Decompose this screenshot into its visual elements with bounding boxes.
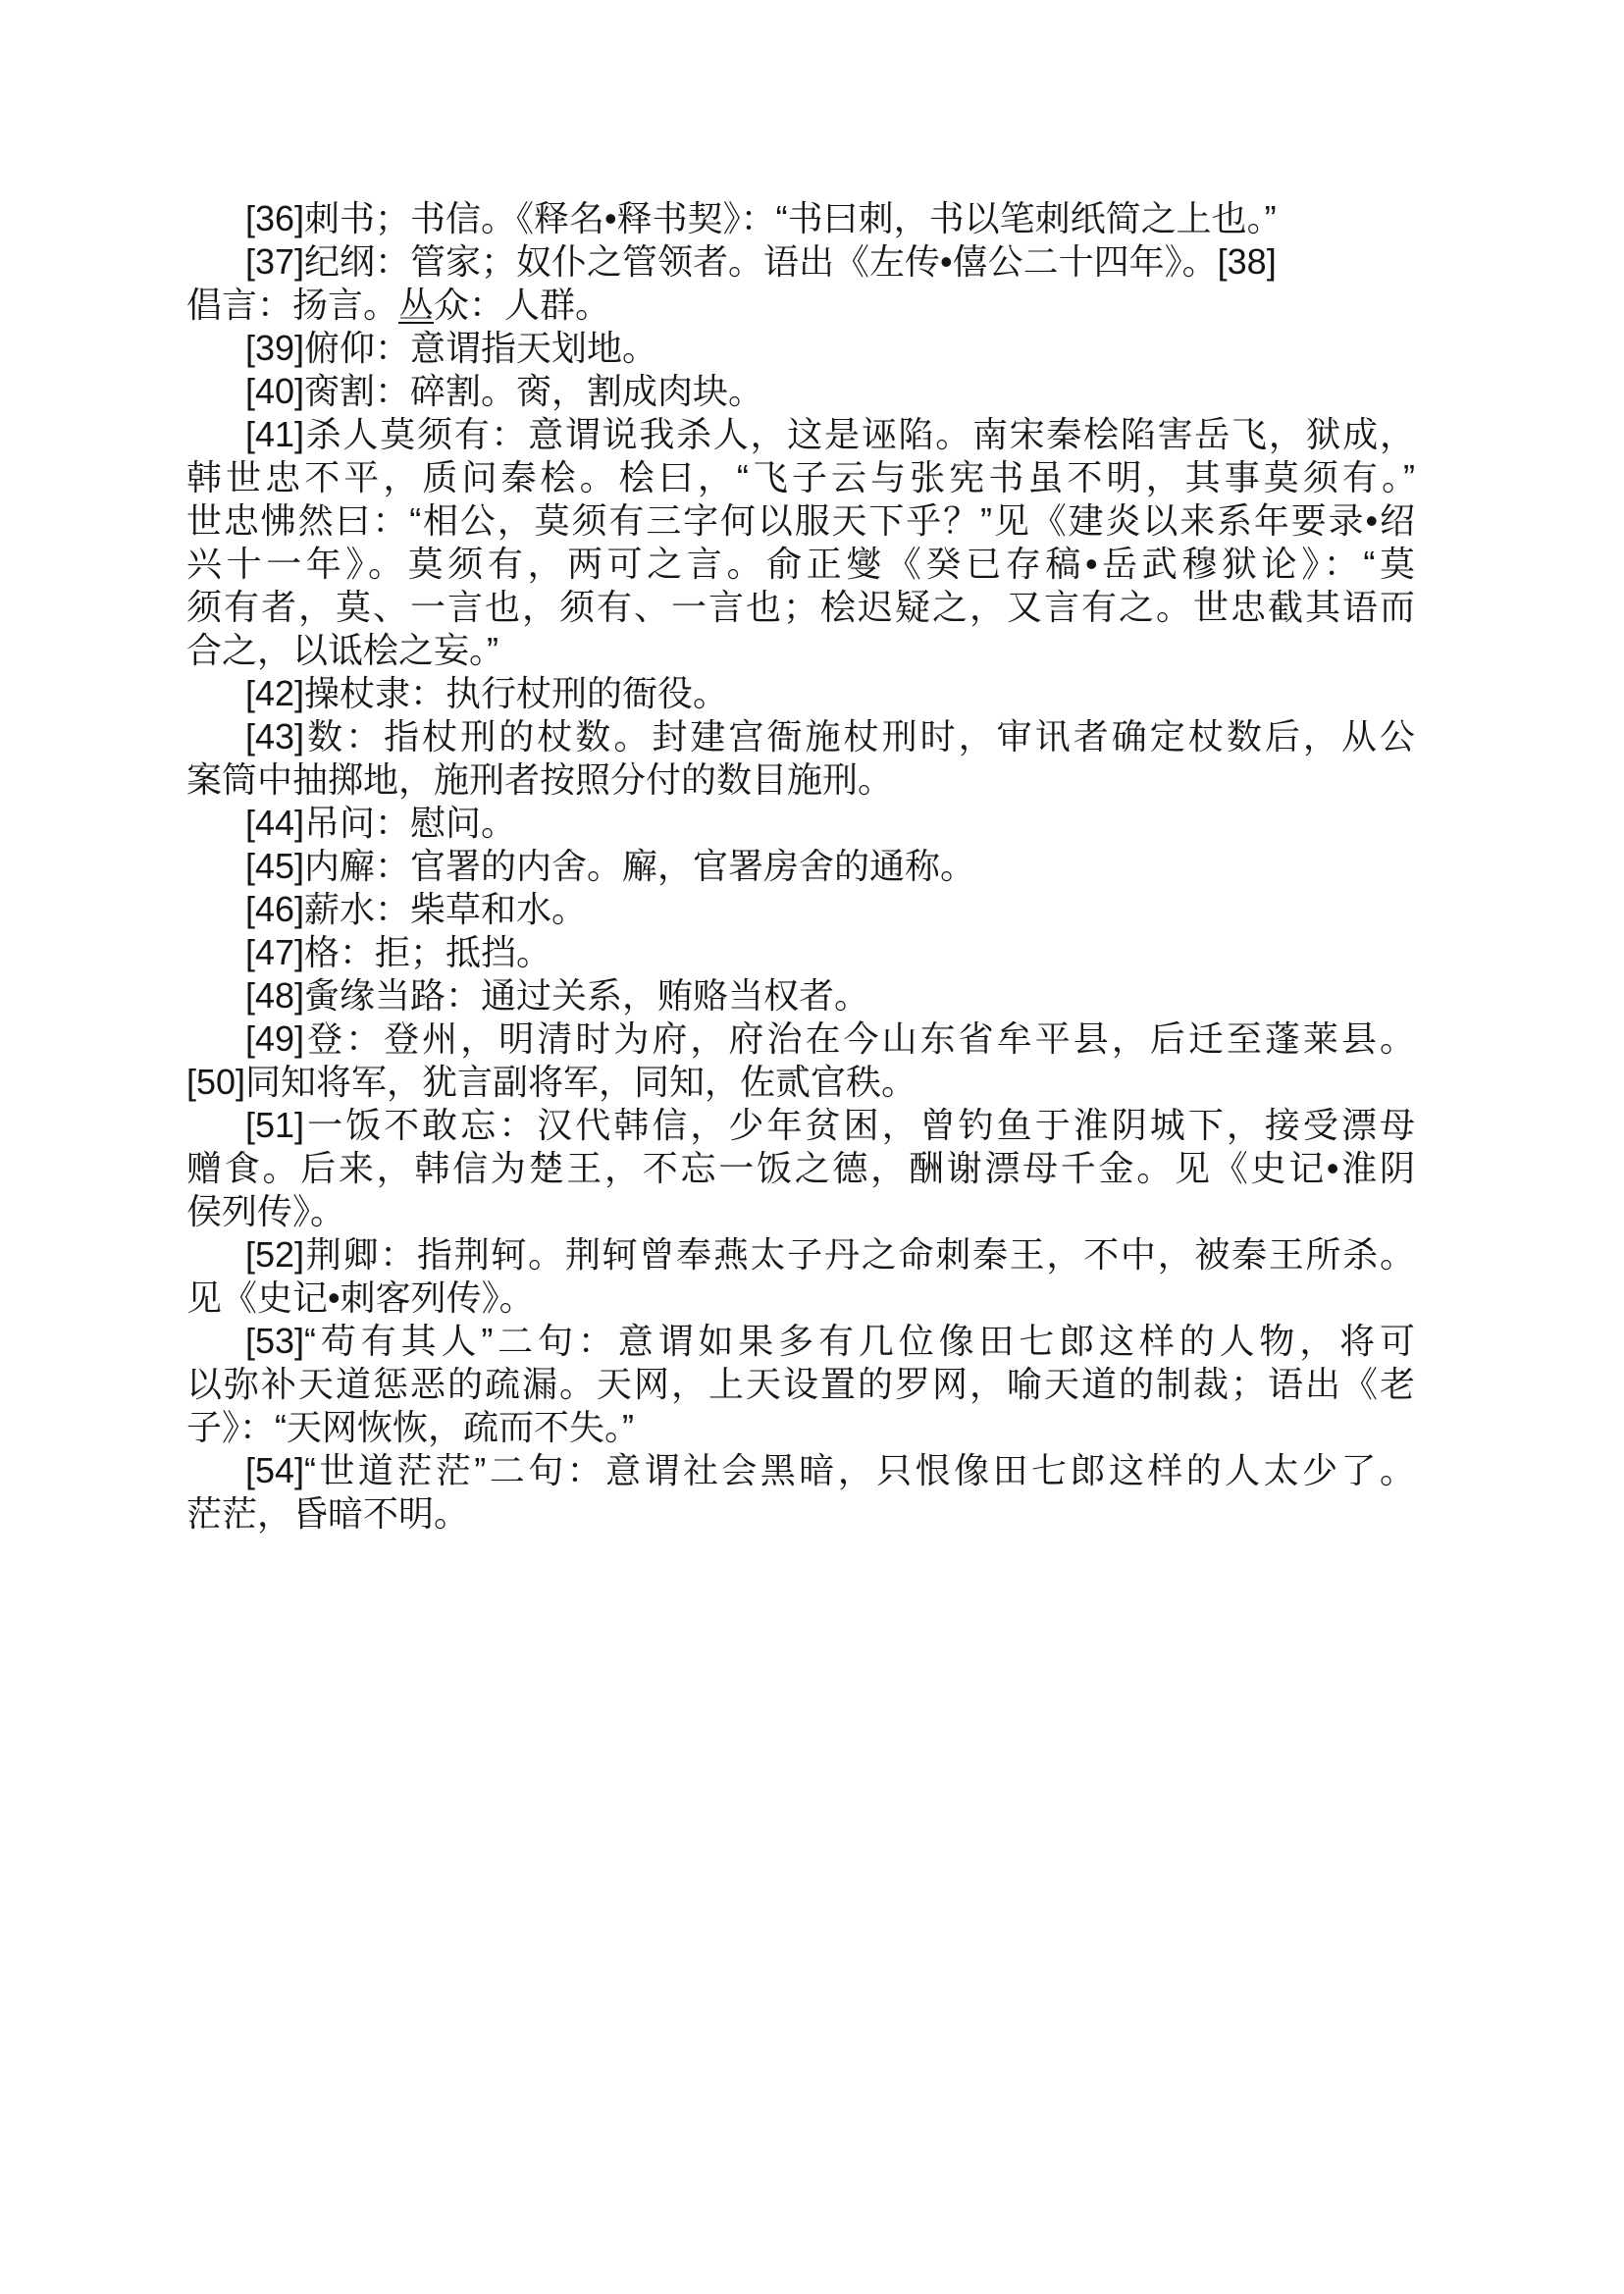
note-line: [42]操杖隶：执行杖刑的衙役。	[186, 672, 1415, 715]
text-segment: [47]格：拒；抵挡。	[245, 932, 551, 972]
note-line: 须有者，莫、一言也，须有、一言也；桧迟疑之，又言有之。世忠截其语而	[186, 586, 1415, 629]
text-segment: [43]数：指杖刑的杖数。封建宫衙施杖刑时，审讯者确定杖数后，从公	[245, 716, 1415, 756]
note-line: [52]荆卿：指荆轲。荆轲曾奉燕太子丹之命刺秦王，不中，被秦王所杀。	[186, 1233, 1415, 1277]
note-line: [47]格：拒；抵挡。	[186, 931, 1415, 974]
note-line: [48]夤缘当路：通过关系，贿赂当权者。	[186, 974, 1415, 1017]
note-line: 赠食。后来，韩信为楚王，不忘一饭之德，酬谢漂母千金。见《史记•淮阴	[186, 1147, 1415, 1190]
text-segment: 众：人群。	[434, 285, 610, 325]
note-line: [36]刺书；书信。《释名•释书契》：“书曰刺，书以笔刺纸简之上也。”	[186, 197, 1415, 240]
note-line: 倡言：扬言。丛众：人群。	[186, 284, 1415, 327]
document-page: [36]刺书；书信。《释名•释书契》：“书曰刺，书以笔刺纸简之上也。”[37]纪…	[0, 0, 1624, 2294]
note-line: [49]登：登州，明清时为府，府治在今山东省牟平县，后迁至蓬莱县。	[186, 1017, 1415, 1061]
note-line: [37]纪纲：管家；奴仆之管领者。语出《左传•僖公二十四年》。[38]	[186, 240, 1415, 284]
note-line: 韩世忠不平，质问秦桧。桧曰，“飞子云与张宪书虽不明，其事莫须有。”	[186, 456, 1415, 499]
note-line: 世忠怫然曰：“相公，莫须有三字何以服天下乎？”见《建炎以来系年要录•绍	[186, 499, 1415, 543]
note-line: 兴十一年》。莫须有，两可之言。俞正燮《癸已存稿•岳武穆狱论》：“莫	[186, 543, 1415, 586]
text-segment: 赠食。后来，韩信为楚王，不忘一饭之德，酬谢漂母千金。见《史记•淮阴	[186, 1148, 1415, 1188]
text-segment: 兴十一年》。莫须有，两可之言。俞正燮《癸已存稿•岳武穆狱论》：“莫	[186, 544, 1415, 584]
note-line: [43]数：指杖刑的杖数。封建宫衙施杖刑时，审讯者确定杖数后，从公	[186, 715, 1415, 758]
text-segment: [48]夤缘当路：通过关系，贿赂当权者。	[245, 975, 869, 1016]
text-segment: [37]纪纲：管家；奴仆之管领者。语出《左传•僖公二十四年》。[38]	[245, 241, 1277, 282]
note-line: [44]吊问：慰问。	[186, 802, 1415, 845]
note-line: 见《史记•刺客列传》。	[186, 1277, 1415, 1320]
text-segment: [46]薪水：柴草和水。	[245, 889, 587, 929]
text-segment: [54]“世道茫茫”二句：意谓社会黑暗，只恨像田七郎这样的人太少了。	[245, 1450, 1415, 1490]
text-segment: 子》：“天网恢恢，疏而不失。”	[186, 1407, 634, 1447]
text-segment: [49]登：登州，明清时为府，府治在今山东省牟平县，后迁至蓬莱县。	[245, 1018, 1415, 1059]
note-line: [53]“苟有其人”二句：意谓如果多有几位像田七郎这样的人物，将可	[186, 1320, 1415, 1363]
note-line: 子》：“天网恢恢，疏而不失。”	[186, 1406, 1415, 1449]
note-line: [50]同知将军，犹言副将军，同知，佐贰官秩。	[186, 1061, 1415, 1104]
text-segment: 以弥补天道惩恶的疏漏。天网，上天设置的罗网，喻天道的制裁；语出《老	[186, 1364, 1415, 1404]
text-segment: [40]脔割：碎割。脔，割成肉块。	[245, 371, 763, 411]
text-segment: 案筒中抽掷地，施刑者按照分付的数目施刑。	[186, 759, 893, 800]
annotations-text-block: [36]刺书；书信。《释名•释书契》：“书曰刺，书以笔刺纸简之上也。”[37]纪…	[186, 197, 1415, 1536]
note-line: [41]杀人莫须有：意谓说我杀人，这是诬陷。南宋秦桧陷害岳飞，狱成，	[186, 413, 1415, 456]
note-line: [51]一饭不敢忘：汉代韩信，少年贫困，曾钓鱼于淮阴城下，接受漂母	[186, 1104, 1415, 1147]
note-line: 合之，以诋桧之妄。”	[186, 629, 1415, 672]
text-segment: 倡言：扬言。	[186, 285, 398, 325]
text-segment: [44]吊问：慰问。	[245, 803, 516, 843]
text-segment: 须有者，莫、一言也，须有、一言也；桧迟疑之，又言有之。世忠截其语而	[186, 587, 1415, 627]
text-segment: [39]俯仰：意谓指天划地。	[245, 328, 657, 368]
note-line: [54]“世道茫茫”二句：意谓社会黑暗，只恨像田七郎这样的人太少了。	[186, 1449, 1415, 1492]
text-segment: 韩世忠不平，质问秦桧。桧曰，“飞子云与张宪书虽不明，其事莫须有。”	[186, 457, 1415, 497]
text-segment: 茫茫，昏暗不明。	[186, 1493, 469, 1534]
text-segment: 侯列传》。	[186, 1191, 345, 1231]
text-segment: [41]杀人莫须有：意谓说我杀人，这是诬陷。南宋秦桧陷害岳飞，狱成，	[245, 414, 1415, 454]
text-segment: [36]刺书；书信。《释名•释书契》：“书曰刺，书以笔刺纸简之上也。”	[245, 198, 1277, 238]
text-segment: 世忠怫然曰：“相公，莫须有三字何以服天下乎？”见《建炎以来系年要录•绍	[186, 500, 1415, 541]
underlined-term: 丛	[398, 285, 434, 325]
text-segment: [42]操杖隶：执行杖刑的衙役。	[245, 673, 728, 713]
note-line: [45]内廨：官署的内舍。廨，官署房舍的通称。	[186, 845, 1415, 888]
note-line: [39]俯仰：意谓指天划地。	[186, 327, 1415, 370]
note-line: [46]薪水：柴草和水。	[186, 888, 1415, 931]
note-line: 茫茫，昏暗不明。	[186, 1492, 1415, 1536]
note-line: 侯列传》。	[186, 1190, 1415, 1233]
text-segment: [52]荆卿：指荆轲。荆轲曾奉燕太子丹之命刺秦王，不中，被秦王所杀。	[245, 1234, 1415, 1275]
note-line: 以弥补天道惩恶的疏漏。天网，上天设置的罗网，喻天道的制裁；语出《老	[186, 1363, 1415, 1406]
text-segment: 合之，以诋桧之妄。”	[186, 630, 498, 670]
text-segment: [45]内廨：官署的内舍。廨，官署房舍的通称。	[245, 846, 975, 886]
text-segment: 见《史记•刺客列传》。	[186, 1277, 535, 1318]
text-segment: [53]“苟有其人”二句：意谓如果多有几位像田七郎这样的人物，将可	[245, 1321, 1415, 1361]
note-line: 案筒中抽掷地，施刑者按照分付的数目施刑。	[186, 758, 1415, 802]
note-line: [40]脔割：碎割。脔，割成肉块。	[186, 370, 1415, 413]
text-segment: [51]一饭不敢忘：汉代韩信，少年贫困，曾钓鱼于淮阴城下，接受漂母	[245, 1105, 1415, 1145]
text-segment: [50]同知将军，犹言副将军，同知，佐贰官秩。	[186, 1062, 917, 1102]
